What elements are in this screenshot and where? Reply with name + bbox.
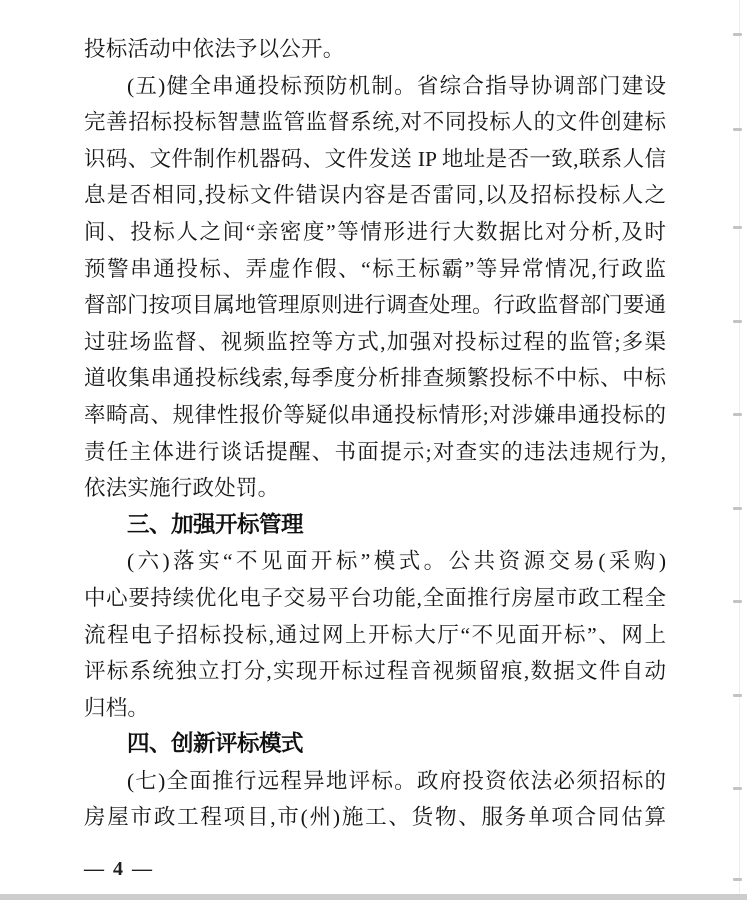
text-line: 道收集串通投标线索,每季度分析排查频繁投标不中标、中标 (84, 360, 666, 397)
text-line: 房屋市政工程项目,市(州)施工、货物、服务单项合同估算 (84, 799, 666, 836)
paragraph-start-line: (七)全面推行远程异地评标。政府投资依法必须招标的 (84, 763, 666, 800)
paragraph-start-line: (五)健全串通投标预防机制。省综合指导协调部门建设 (84, 68, 666, 105)
scan-bottom-shadow (0, 894, 747, 900)
scan-artifact-mark (733, 878, 742, 881)
section-heading-3: 三、加强开标管理 (84, 507, 666, 544)
text-line: 间、投标人之间“亲密度”等情形进行大数据比对分析,及时 (84, 214, 666, 251)
text-line: 流程电子招标投标,通过网上开标大厅“不见面开标”、网上 (84, 617, 666, 654)
paragraph-end-line: 依法实施行政处罚。 (84, 470, 666, 507)
text-line: 预警串通投标、弄虚作假、“标王标霸”等异常情况,行政监 (84, 251, 666, 288)
text-line: 投标活动中依法予以公开。 (84, 31, 666, 68)
text-line: 识码、文件制作机器码、文件发送 IP 地址是否一致,联系人信 (84, 141, 666, 178)
text-line: 息是否相同,投标文件错误内容是否雷同,以及招标投标人之 (84, 177, 666, 214)
text-line: 评标系统独立打分,实现开标过程音视频留痕,数据文件自动 (84, 653, 666, 690)
scan-artifact-mark (733, 600, 742, 603)
document-body: 投标活动中依法予以公开。 (五)健全串通投标预防机制。省综合指导协调部门建设 完… (84, 31, 666, 836)
document-page: 投标活动中依法予以公开。 (五)健全串通投标预防机制。省综合指导协调部门建设 完… (0, 0, 747, 900)
scan-artifact-mark (733, 33, 742, 36)
page-number: — 4 — (84, 858, 154, 881)
scan-artifact-mark (733, 128, 742, 131)
text-line: 责任主体进行谈话提醒、书面提示;对查实的违法违规行为, (84, 434, 666, 471)
scan-artifact-mark (733, 507, 742, 510)
scan-artifact-mark (733, 787, 742, 790)
text-line: 完善招标投标智慧监管监督系统,对不同投标人的文件创建标 (84, 104, 666, 141)
scan-artifact-mark (733, 413, 742, 416)
text-line: 率畸高、规律性报价等疑似串通投标情形;对涉嫌串通投标的 (84, 397, 666, 434)
section-heading-4: 四、创新评标模式 (84, 726, 666, 763)
text-line: 中心要持续优化电子交易平台功能,全面推行房屋市政工程全 (84, 580, 666, 617)
paragraph-start-line: (六)落实“不见面开标”模式。公共资源交易(采购) (84, 543, 666, 580)
text-line: 过驻场监督、视频监控等方式,加强对投标过程的监管;多渠 (84, 324, 666, 361)
paragraph-end-line: 归档。 (84, 690, 666, 727)
scan-artifact-mark (733, 226, 742, 229)
scan-artifact-mark (733, 320, 742, 323)
text-line: 督部门按项目属地管理原则进行调查处理。行政监督部门要通 (84, 287, 666, 324)
scan-edge-line (739, 0, 740, 900)
scan-artifact-mark (733, 694, 742, 697)
